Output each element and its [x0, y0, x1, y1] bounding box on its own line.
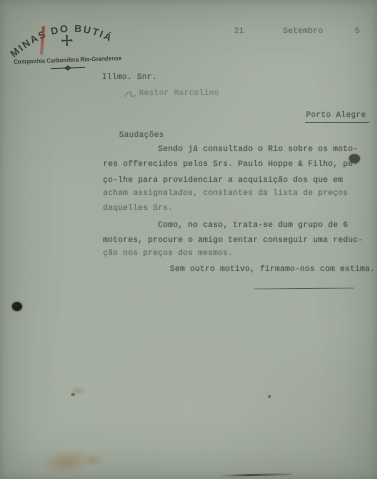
stamp-flourish — [51, 65, 85, 72]
date-day: 21 — [234, 27, 244, 36]
punch-hole — [12, 302, 22, 311]
recipient-city-underlined: Porto Alegre — [305, 111, 369, 123]
greeting: Saudações — [119, 131, 164, 140]
body-line: Como, no caso, trata-se dum grupo de 6 — [158, 221, 348, 230]
company-stamp: MINAS DO BUTIÁ Companhia Carbonifera Rio… — [5, 9, 129, 75]
body-line: ção nos preços dos mesmos. — [103, 249, 233, 258]
date-month: Setembro — [283, 27, 323, 36]
crease-mark — [220, 473, 292, 477]
signature-line — [254, 288, 354, 290]
handwritten-mark — [123, 88, 137, 100]
stamp-ornament-icon — [61, 35, 73, 47]
body-line: acham assignalados, constantes da lista … — [103, 189, 348, 198]
speck — [268, 395, 271, 398]
stain — [80, 452, 106, 468]
date-year: 5 — [355, 27, 360, 36]
closing-line: Sem outro motivo, firmamo-nos com estima… — [170, 265, 375, 274]
recipient-city: Porto Alegre — [285, 102, 369, 129]
body-line: res offerecidos pelos Srs. Paulo Hoppe &… — [103, 160, 358, 169]
recipient-salutation: Illmo. Snr. — [102, 73, 157, 82]
body-line: motores, procure o amigo tentar consegui… — [103, 236, 363, 245]
stamp-company-subtitle: Companhia Carbonifera Rio-Grandense — [14, 55, 123, 66]
body-line: ço-lhe para providenciar a acquisição do… — [103, 176, 343, 185]
speck — [71, 393, 75, 396]
body-line: daquelles Srs. — [103, 204, 173, 213]
body-line: Sendo já consultado o Rio sobre os moto- — [158, 145, 358, 154]
recipient-name: Nestor Marcolino — [139, 89, 219, 98]
scanned-letter-page: MINAS DO BUTIÁ Companhia Carbonifera Rio… — [0, 0, 377, 479]
